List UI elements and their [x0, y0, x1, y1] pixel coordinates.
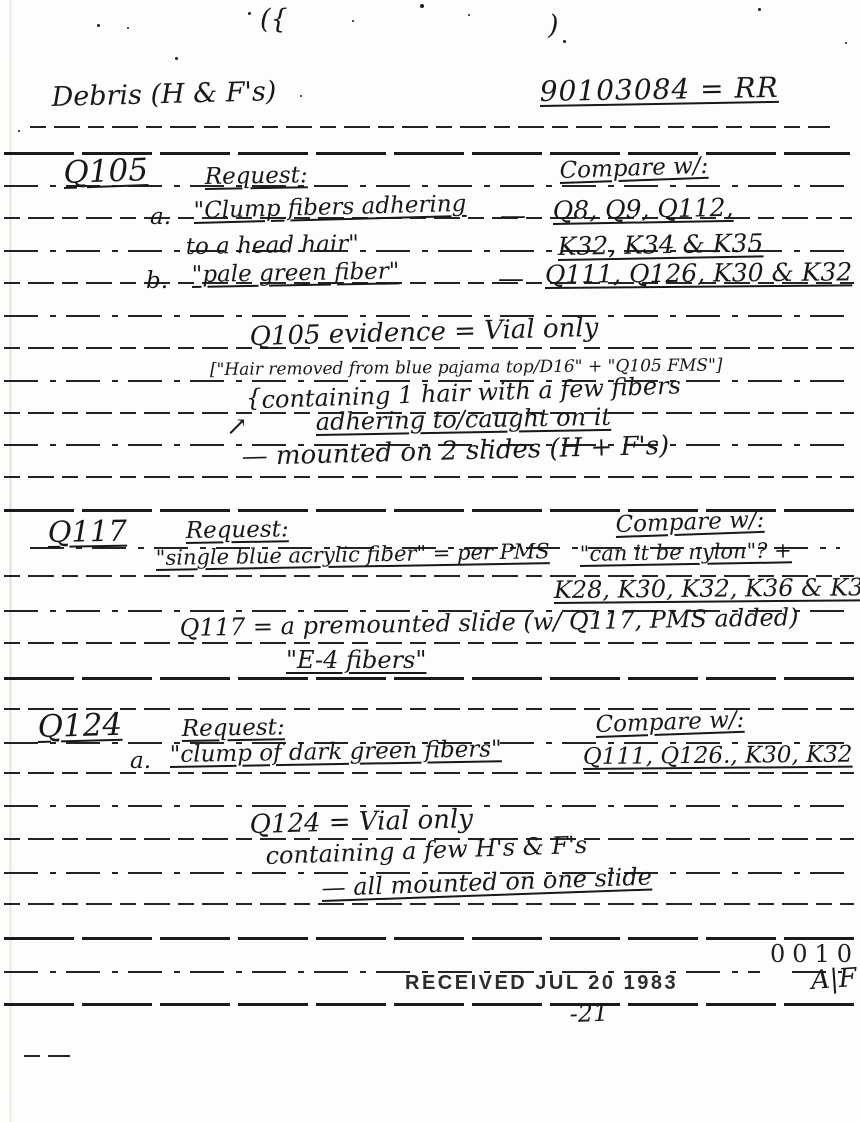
q105-item-a2-compare: K32, K34 & K35: [558, 230, 764, 259]
q105-label: Q105: [63, 155, 149, 189]
scan-edge: [9, 0, 12, 1122]
q105-request-label: Request:: [205, 164, 308, 189]
ruled-line: [4, 642, 854, 644]
q124-item-text: "clump of dark green fibers": [170, 738, 502, 767]
scan-speckle: [175, 57, 178, 60]
q117-note-line2: "E-4 fibers": [286, 648, 426, 672]
scan-speckle: [97, 24, 100, 27]
scan-speckle: [845, 42, 847, 44]
q105-item-a-prefix: a.: [150, 206, 171, 229]
ruled-line: [4, 476, 854, 478]
q117-request-label: Request:: [186, 518, 289, 543]
ruled-line: [4, 1003, 856, 1006]
ruled-line: [4, 937, 856, 940]
q117-item-text: "single blue acrylic fiber" = per PMS: [156, 541, 550, 569]
q117-label: Q117: [47, 517, 127, 547]
ruled-line: [30, 126, 830, 128]
scan-speckle: [300, 95, 302, 97]
case-number: 90103084 = RR: [540, 74, 779, 106]
q124-item-prefix: a.: [130, 750, 151, 773]
ruled-line: [24, 1055, 70, 1057]
scan-speckle: [127, 27, 129, 29]
scan-speckle: [420, 4, 424, 8]
page-title: Debris (H & F's): [51, 78, 276, 111]
q124-note-line: Q124 = Vial only: [249, 806, 473, 838]
examiner-initials: A|F: [810, 965, 857, 994]
q105-arrow-mark: ↗: [226, 414, 248, 440]
q124-label: Q124: [37, 710, 122, 743]
q105-mounted-line: — mounted on 2 slides (H + F's): [241, 433, 669, 470]
scanned-document-page: ({ ) Debris (H & F's) 90103084 = RR Q105…: [0, 0, 860, 1122]
q105-item-b-compare: Q111, Q126, K30 & K32: [545, 259, 853, 287]
stray-mark-left: ({: [260, 6, 288, 33]
q105-item-a-dash: —: [500, 203, 526, 229]
page-ref: -21: [569, 1001, 608, 1026]
q117-item-compare: "can it be nylon"? +: [580, 540, 792, 565]
q117-item-compare2: K28, K30, K32, K36 & K37: [554, 575, 860, 602]
q124-note-line3: — all mounted on one slide: [321, 864, 652, 900]
q105-item-b-dash: —: [498, 266, 524, 292]
q124-item-compare: Q111, Q126., K30, K32: [583, 744, 853, 769]
scan-speckle: [248, 12, 251, 15]
q105-adhering-line: adhering to/caught on it: [316, 405, 612, 434]
scan-speckle: [18, 130, 20, 132]
received-stamp: RECEIVED JUL 20 1983: [405, 972, 678, 995]
scan-speckle: [352, 20, 354, 22]
stray-mark-right: ): [548, 12, 559, 39]
q105-item-a2-text: to a head hair": [186, 233, 359, 259]
ruled-line: [4, 677, 854, 680]
q105-item-a-compare: Q8, Q9, Q112,: [553, 195, 734, 223]
scan-speckle: [758, 8, 761, 11]
q105-item-b-prefix: b.: [146, 270, 168, 293]
q117-compare-label: Compare w/:: [615, 509, 765, 537]
scan-speckle: [468, 14, 470, 16]
q105-brace-mark: {: [246, 386, 261, 410]
scan-speckle: [563, 40, 566, 43]
ruled-line: [4, 903, 854, 905]
q105-evidence-line: Q105 evidence = Vial only: [249, 315, 598, 350]
q124-compare-label: Compare w/:: [595, 709, 745, 737]
q105-compare-label: Compare w/:: [559, 155, 709, 183]
q105-item-b-text: "pale green fiber": [192, 260, 400, 287]
q124-request-label: Request:: [182, 716, 285, 741]
